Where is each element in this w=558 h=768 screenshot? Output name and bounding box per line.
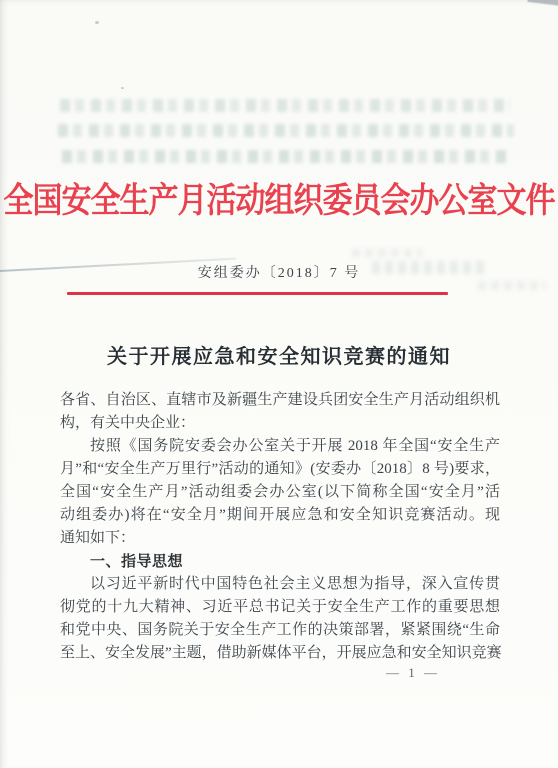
body-line: 按照《国务院安委会办公室关于开展 2018 年全国“安全生产 [60, 435, 500, 458]
body-line: 彻党的十九大精神、习近平总书记关于安全生产工作的重要思想 [60, 596, 500, 619]
document-title: 关于开展应急和安全知识竞赛的通知 [0, 340, 558, 369]
body-line: 动组委办)将在“安全月”期间开展应急和安全知识竞赛活动。现 [60, 504, 500, 527]
body-line: 通知如下： [60, 527, 500, 550]
document-number: 安组委办〔2018〕7 号 [0, 262, 558, 282]
bleed-through-smudge [478, 281, 546, 290]
scan-speck [121, 87, 124, 89]
body-text: 各省、自治区、直辖市及新疆生产建设兵团安全生产月活动组织机构，有关中央企业：按照… [60, 389, 500, 665]
bleed-through-text [58, 124, 514, 137]
body-line: 各省、自治区、直辖市及新疆生产建设兵团安全生产月活动组织机 [60, 389, 500, 412]
scanned-document-page: 全国安全生产月活动组织委员会办公室文件 安组委办〔2018〕7 号 关于开展应急… [0, 0, 558, 768]
letterhead-title: 全国安全生产月活动组织委员会办公室文件 [0, 175, 558, 228]
bleed-through-text [60, 99, 510, 112]
body-line: 月”和“安全生产万里行”活动的通知》(安委办〔2018〕8 号)要求， [60, 458, 500, 481]
red-separator-line [67, 292, 448, 295]
body-line: 全国“安全生产月”活动组委会办公室(以下简称全国“安全月”活 [60, 481, 500, 504]
bleed-through-text [62, 150, 510, 163]
body-line: 至上、安全发展”主题，借助新媒体平台，开展应急和安全知识竞赛 [60, 642, 500, 665]
scan-corner-artifact [528, 0, 558, 6]
page-number: — 1 — [378, 665, 448, 681]
body-line: 构，有关中央企业： [60, 412, 500, 435]
bleed-through-smudge [352, 249, 422, 257]
body-line: 和党中央、国务院关于安全生产工作的决策部署，紧紧围绕“生命 [60, 619, 500, 642]
scan-speck [95, 21, 99, 24]
body-line: 一、指导思想 [60, 550, 500, 573]
body-line: 以习近平新时代中国特色社会主义思想为指导，深入宣传贯 [60, 573, 500, 596]
